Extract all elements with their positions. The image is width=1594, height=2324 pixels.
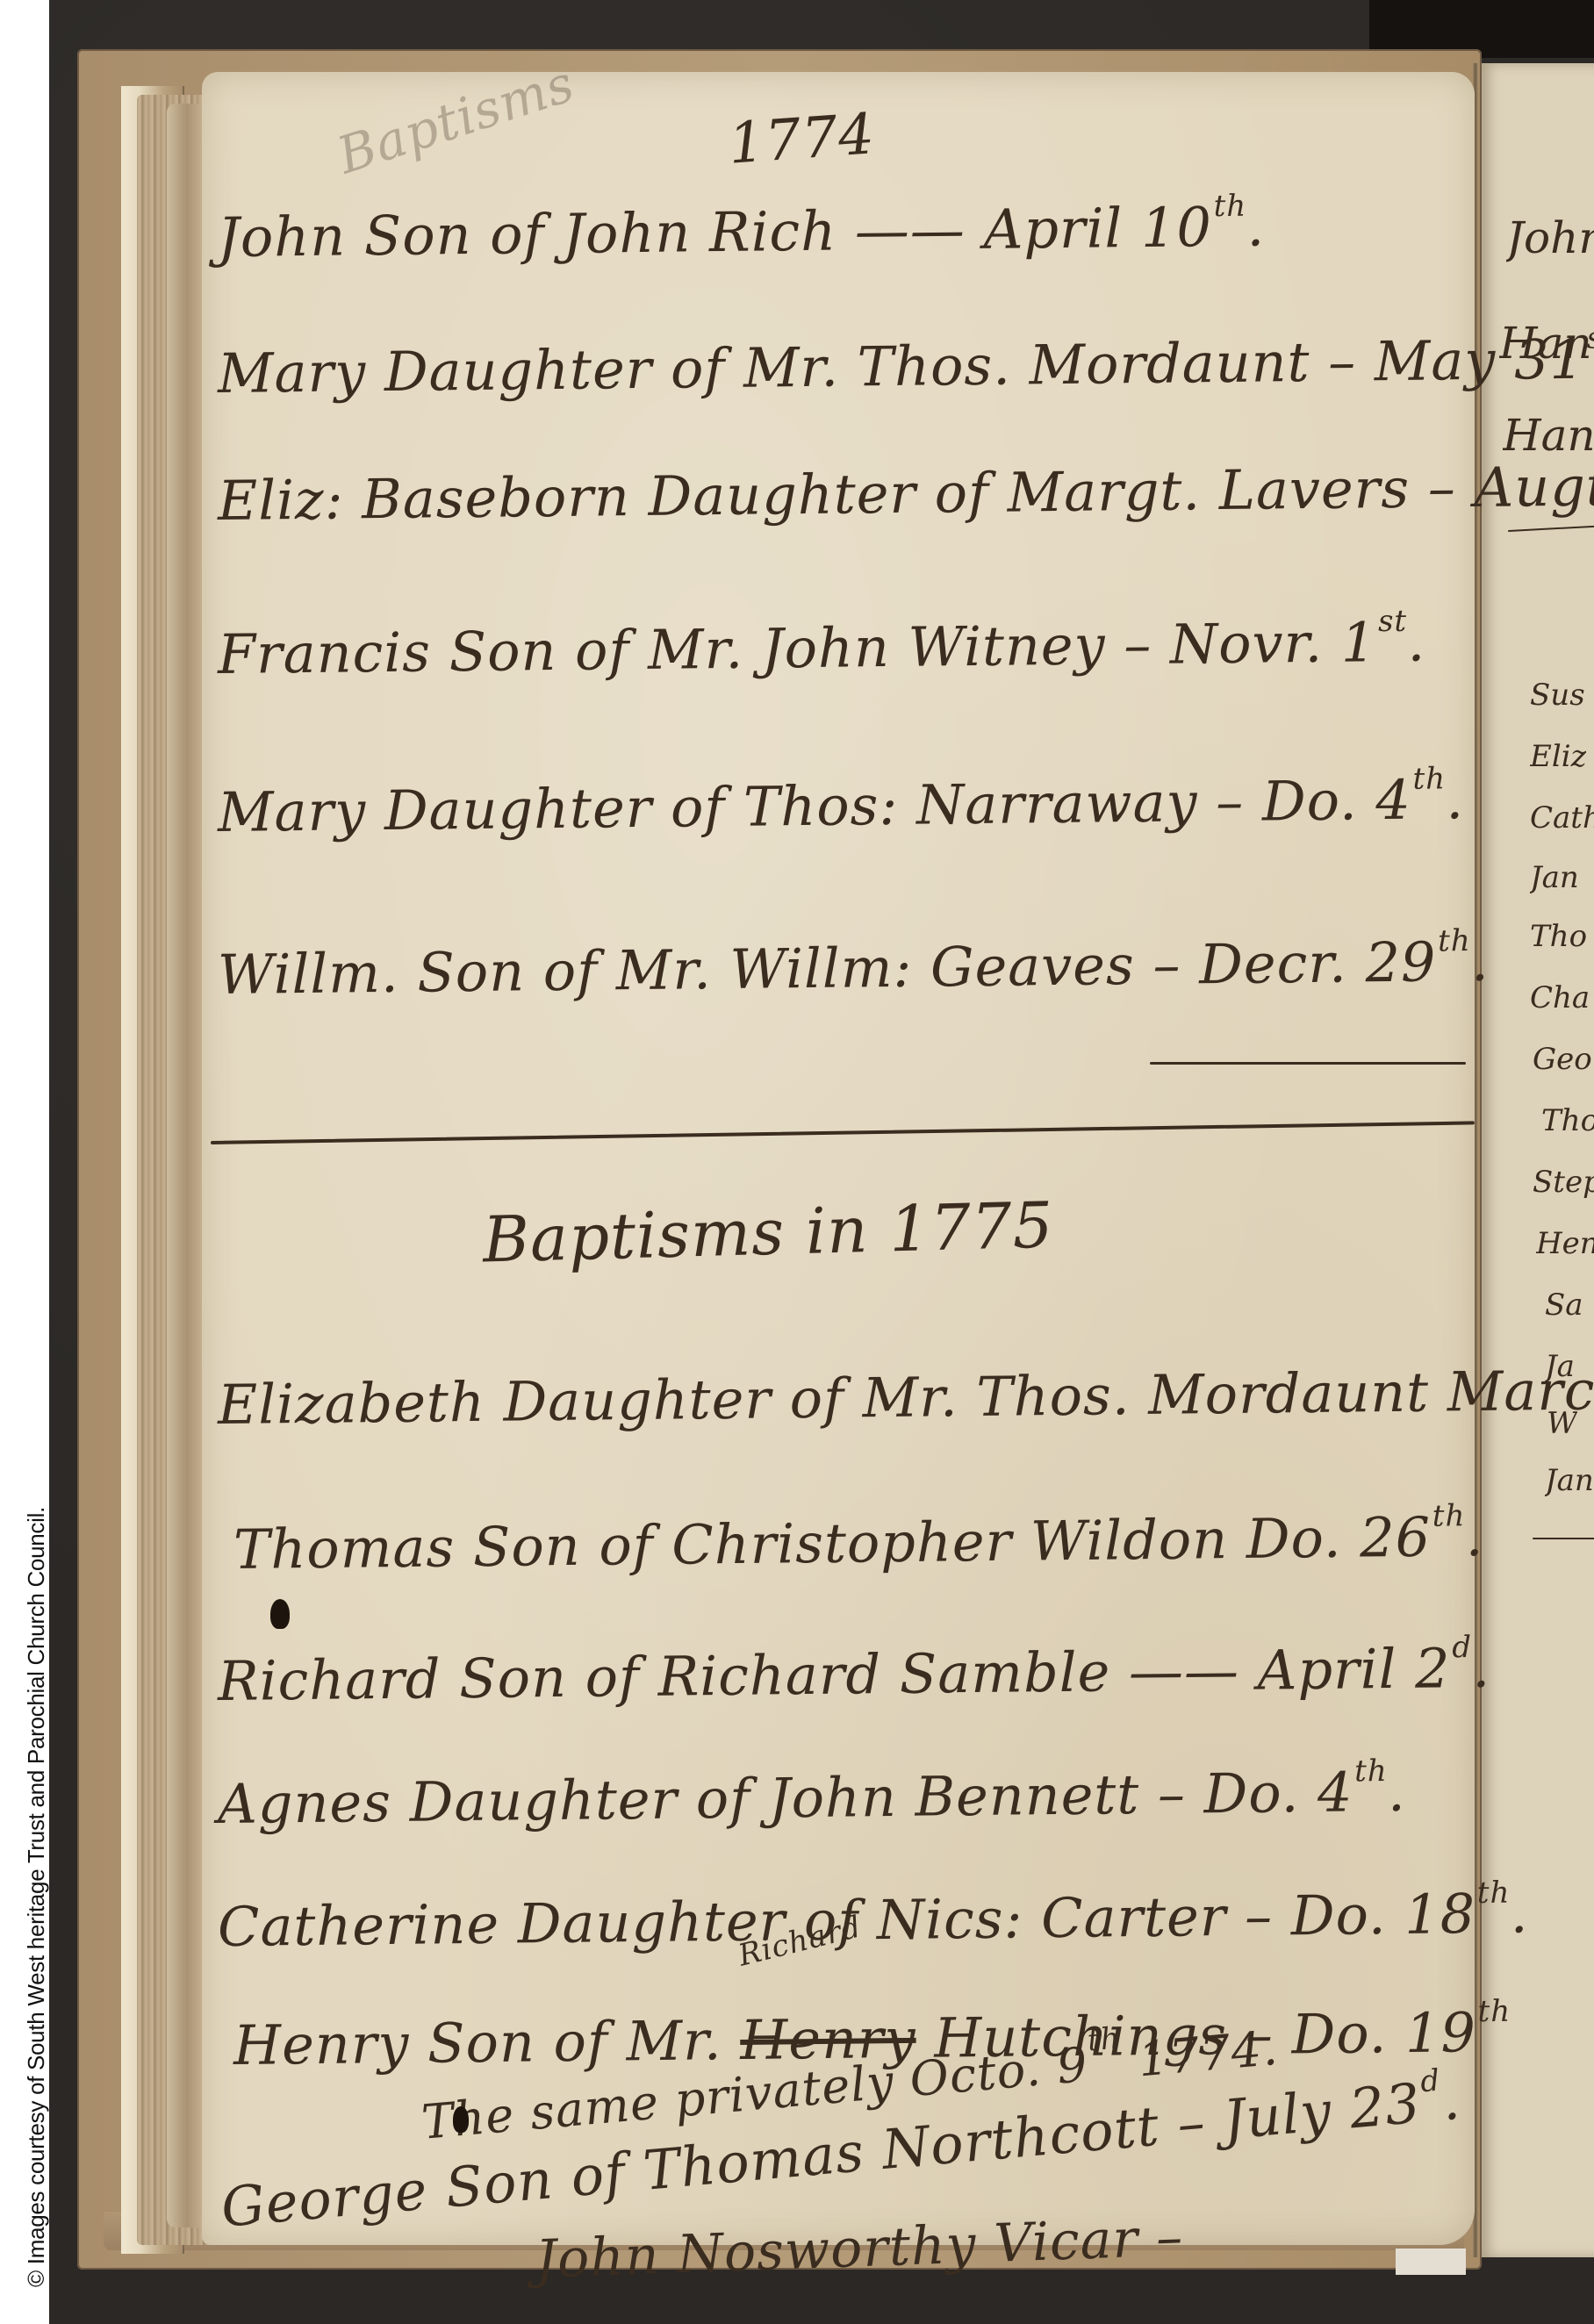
baptism-entry: John Son of John Rich —— April 10th. xyxy=(218,189,1266,269)
entry-text: Richard Son of Richard Samble —— April xyxy=(218,1637,1397,1713)
facing-entry: Sa xyxy=(1545,1288,1583,1323)
baptism-entry: Richard Son of Richard Samble —— April 2… xyxy=(218,1630,1491,1713)
baptism-entry: Mary Daughter of Mr. Thos. Mordaunt – Ma… xyxy=(218,320,1594,405)
credit-strip: © Images courtesy of South West heritage… xyxy=(0,0,49,2324)
entry-text: Thomas Son of Christopher Wildon Do. xyxy=(233,1506,1342,1582)
facing-entry: Tho xyxy=(1541,1103,1594,1138)
entry-day-suffix: th xyxy=(1477,1994,1511,2029)
section-divider xyxy=(211,1121,1475,1144)
entry-day-suffix: th xyxy=(1412,761,1446,796)
entry-day-suffix: d xyxy=(1452,1630,1472,1665)
facing-entry: Jan xyxy=(1530,860,1579,895)
paper-tab xyxy=(1396,2249,1466,2275)
facing-divider xyxy=(1508,525,1594,532)
entry-year: 1774 xyxy=(1136,2021,1264,2087)
entry-day-suffix: th xyxy=(1438,923,1471,958)
baptism-entry: Willm. Son of Mr. Willm: Geaves – Decr. … xyxy=(218,923,1490,1007)
ink-blot xyxy=(453,2106,469,2133)
entry-text: Mary Daughter of Mr. Thos. Mordaunt – Ma… xyxy=(218,328,1497,405)
facing-entry: Tho xyxy=(1530,919,1587,954)
entry-day: 31 xyxy=(1514,327,1586,392)
entry-day-suffix: d xyxy=(1419,2062,1442,2099)
baptism-entry: Mary Daughter of Thos: Narraway – Do. 4t… xyxy=(218,761,1465,844)
entry-day: 23 xyxy=(1347,2071,1424,2141)
pencil-heading: Baptisms xyxy=(330,54,581,186)
entry-text: John Son of John Rich —— April xyxy=(218,196,1124,269)
entry-text: Mary Daughter of Thos: Narraway – Do. xyxy=(218,768,1358,844)
entry-day-suffix: th xyxy=(1477,1876,1511,1911)
entry-day-suffix: th xyxy=(1086,2020,1122,2058)
section-heading-1775: Baptisms in 1775 xyxy=(482,1188,1054,1277)
copyright-notice: © Images courtesy of South West heritage… xyxy=(25,1507,47,2287)
entry-text: Elizabeth Daughter of Mr. Thos. Mordaunt… xyxy=(218,1358,1594,1437)
facing-entry: Geo xyxy=(1533,1042,1592,1077)
baptism-entry: Agnes Daughter of John Bennett – Do. 4th… xyxy=(218,1754,1406,1836)
entry-text: Agnes Daughter of John Bennett – Do. xyxy=(218,1761,1300,1836)
entry-day: 19 xyxy=(1405,2000,1477,2065)
facing-entry: Sus xyxy=(1530,678,1585,713)
entry-day-suffix: th xyxy=(1213,189,1246,224)
facing-entry: Cath xyxy=(1530,800,1594,836)
entry-day: 1 xyxy=(1340,610,1376,674)
facing-divider xyxy=(1533,1538,1594,1539)
facing-entry: Step xyxy=(1533,1165,1594,1200)
facing-entry: Eliz xyxy=(1530,739,1586,774)
entry-text: Francis Son of Mr. John Witney – Novr. xyxy=(218,611,1324,686)
entry-day: 4 xyxy=(1318,1760,1353,1824)
facing-entry: Cha xyxy=(1530,980,1590,1015)
entry-text: Willm. Son of Mr. Willm: Geaves – Decr. xyxy=(218,931,1347,1007)
entry-day: 4 xyxy=(1375,768,1411,832)
entry-day: 2 xyxy=(1415,1636,1451,1700)
baptism-entry: Thomas Son of Christopher Wildon Do. 26t… xyxy=(233,1498,1484,1582)
baptism-entry: Francis Son of Mr. John Witney – Novr. 1… xyxy=(218,604,1426,686)
entry-day-suffix: st xyxy=(1586,320,1594,355)
entry-day-suffix: th xyxy=(1432,1498,1466,1533)
entry-day: 26 xyxy=(1360,1505,1432,1570)
manuscript-page: Baptisms 1774 John Son of John Rich —— A… xyxy=(202,72,1475,2245)
entry-day: 18 xyxy=(1404,1882,1476,1947)
entry-day-suffix: th xyxy=(1354,1754,1388,1789)
entry-day: 29 xyxy=(1365,929,1437,994)
entry-day-suffix: st xyxy=(1378,604,1408,639)
year-heading-1774: 1774 xyxy=(727,102,878,176)
baptism-entry: Catherine Daughter of Nics: Carter – Do.… xyxy=(218,1875,1529,1959)
baptism-entry: Elizabeth Daughter of Mr. Thos. Mordaunt… xyxy=(218,1351,1594,1437)
facing-entry: Jan xyxy=(1545,1463,1594,1498)
facing-entry: Hen xyxy=(1536,1226,1594,1261)
baptism-entry: Eliz: Baseborn Daughter of Margt. Lavers… xyxy=(218,446,1594,533)
facing-entry: John xyxy=(1506,212,1594,263)
entry-text: Eliz: Baseborn Daughter of Margt. Lavers… xyxy=(218,454,1594,533)
entry-day: 10 xyxy=(1141,195,1213,260)
ink-blot xyxy=(270,1599,290,1629)
entry-underline xyxy=(1150,1062,1466,1065)
